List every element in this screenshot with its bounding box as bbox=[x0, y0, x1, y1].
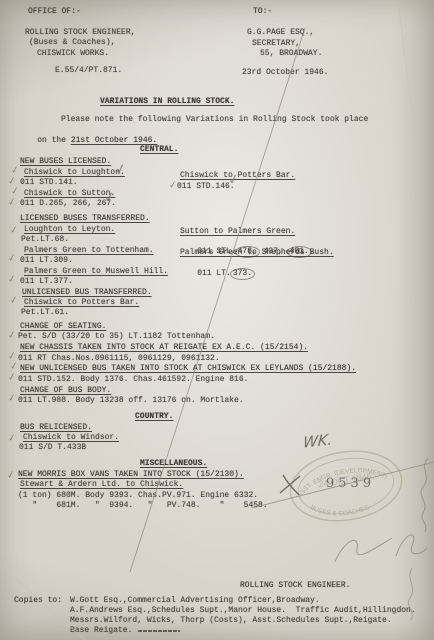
note-line: Pet. S/D (33/20 to 35) LT.1182 Tottenham… bbox=[18, 332, 215, 342]
stamp-serial-number: 9539 bbox=[326, 479, 375, 489]
note-heading: CHANGE OF SEATING. bbox=[20, 322, 106, 332]
note-heading: NEW UNLICENSED BUS TAKEN INTO STOCK AT C… bbox=[20, 364, 356, 374]
note-line: 011 STD.152. Body 1376. Chas.461592. Eng… bbox=[18, 375, 248, 385]
check-mark-icon: ✓ bbox=[7, 274, 17, 285]
stock-line: 011 D.265, 266, 267. bbox=[20, 199, 116, 209]
intro-line: Please note the following Variations in … bbox=[61, 115, 368, 125]
stock-line: Pet.LT.68. bbox=[21, 235, 69, 245]
van-row: (1 ton) 680M. Body 9393. Chas.PV.971. En… bbox=[18, 491, 258, 501]
doc-title: VARIATIONS IN ROLLING STOCK. bbox=[100, 97, 234, 107]
note-heading: NEW MORRIS BOX VANS TAKEN INTO STOCK (15… bbox=[18, 470, 244, 480]
from-line: CHISWICK WORKS. bbox=[37, 49, 109, 59]
route-line: Palmers Green to Tottenham. bbox=[24, 246, 154, 256]
section-heading-country: COUNTRY. bbox=[135, 412, 173, 422]
recipient-line: SECRETARY, bbox=[252, 39, 300, 49]
subsection-heading: UNLICENSED BUS TRANSFERRED. bbox=[22, 288, 152, 298]
recipient-line: 55, BROADWAY. bbox=[260, 49, 322, 59]
stock-line: 011 LT.373. bbox=[178, 259, 254, 289]
intro-prefix: on the bbox=[37, 136, 71, 145]
copies-line: Messrs.Wilford, Wicks, Thorp (Costs), As… bbox=[70, 616, 392, 626]
copies-label: Copies to: bbox=[14, 596, 62, 606]
letter-date: 23rd October 1946. bbox=[242, 68, 328, 78]
stock-line: 011 STD.146. bbox=[177, 182, 235, 192]
handwritten-scribble bbox=[421, 458, 428, 532]
note-heading: NEW CHASSIS TAKEN INTO STOCK AT REIGATE … bbox=[20, 343, 308, 353]
route-line: Chiswick to Potters Bar. bbox=[24, 298, 139, 308]
route-line: Palmers Green to Muswell Hill. bbox=[24, 267, 168, 277]
copies-line: W.Gott Esq.,Commercial Advertising Offic… bbox=[70, 596, 320, 606]
check-mark-icon: ✓ bbox=[114, 164, 128, 177]
section-heading-central: CENTRAL. bbox=[140, 145, 178, 155]
check-mark-icon: ✓ bbox=[168, 180, 178, 191]
section-heading-misc: MISCELLANEOUS. bbox=[140, 459, 207, 469]
copies-line: Base Reigate. bbox=[70, 626, 132, 636]
note-heading: CHANGE OF BUS BODY. bbox=[20, 386, 111, 396]
scanned-letter-page: OFFICE OF:- TO:- ROLLING STOCK ENGINEER,… bbox=[0, 0, 434, 640]
stock-line: 011 LT.377. bbox=[20, 277, 73, 287]
from-line: ROLLING STOCK ENGINEER, bbox=[25, 28, 135, 38]
ref-number: E.55/4/PT.871. bbox=[55, 66, 122, 76]
check-mark-icon: ✓ bbox=[6, 470, 16, 481]
handwritten-scribble bbox=[335, 535, 427, 562]
route-line: Loughton to Leyton. bbox=[24, 225, 115, 235]
route-line: Palmers Green to Shepherds Bush. bbox=[180, 248, 334, 258]
route-line: Stewart & Ardern Ltd. to Chiswick. bbox=[20, 480, 183, 490]
from-line: (Buses & Coaches), bbox=[29, 38, 115, 48]
typed-underscore-rule bbox=[138, 630, 180, 632]
route-line: Chiswick to Loughton. bbox=[24, 168, 125, 178]
paper-crease bbox=[398, 0, 414, 130]
effective-date: 21st October 1946. bbox=[71, 136, 157, 145]
intro-line: on the 21st October 1946. bbox=[18, 126, 157, 156]
van-row: " 681M. " 9394. " PV.748. " 5458. bbox=[18, 501, 268, 511]
copies-line: A.F.Andrews Esq.,Schedules Supt.,Manor H… bbox=[70, 606, 416, 616]
check-mark-icon: ✓ bbox=[9, 225, 19, 236]
note-line: 011 RT Chas.Nos.0961115, 0961129, 096113… bbox=[18, 354, 220, 364]
stock-line: Pet.LT.61. bbox=[21, 308, 69, 318]
route-line: Chiswick to Windsor. bbox=[23, 433, 119, 443]
subsection-heading: NEW BUSES LICENSED. bbox=[20, 157, 111, 167]
pencil-marks-overlay bbox=[0, 0, 434, 640]
check-mark-icon: ✓ bbox=[7, 253, 17, 264]
signature-line: ROLLING STOCK ENGINEER. bbox=[240, 581, 350, 591]
route-line: Sutton to Palmers Green. bbox=[180, 227, 295, 237]
office-label: OFFICE OF:- bbox=[28, 7, 81, 17]
check-mark-icon: ✓ bbox=[7, 330, 17, 341]
to-label: TO:- bbox=[253, 7, 272, 17]
subsection-heading: LICENSED BUSES TRANSFERRED. bbox=[20, 214, 150, 224]
stock-line: 011 STD.141. bbox=[20, 178, 78, 188]
check-mark-icon: ✓ bbox=[7, 372, 17, 383]
check-mark-icon: ✓ bbox=[227, 174, 241, 187]
stock-text: 011 LT. bbox=[197, 269, 231, 278]
subsection-heading: BUS RELICENSED. bbox=[20, 423, 92, 433]
check-mark-icon: ✓ bbox=[7, 197, 17, 208]
check-mark-icon: ✓ bbox=[7, 433, 17, 444]
check-mark-icon: ✓ bbox=[7, 393, 17, 404]
check-mark-icon: ✓ bbox=[103, 192, 117, 205]
circled-number: 373. bbox=[230, 268, 255, 280]
stock-line: 011 S/D T.433B bbox=[19, 443, 86, 453]
recipient-line: G.G.PAGE ESQ., bbox=[247, 28, 314, 38]
stock-line: 011 LT.309. bbox=[20, 256, 73, 266]
check-mark-icon: ✓ bbox=[9, 295, 19, 306]
note-line: 011 LT.988. Body 13238 off. 13176 on. Mo… bbox=[18, 396, 244, 406]
route-line: Chiswick to Sutton. bbox=[24, 189, 115, 199]
